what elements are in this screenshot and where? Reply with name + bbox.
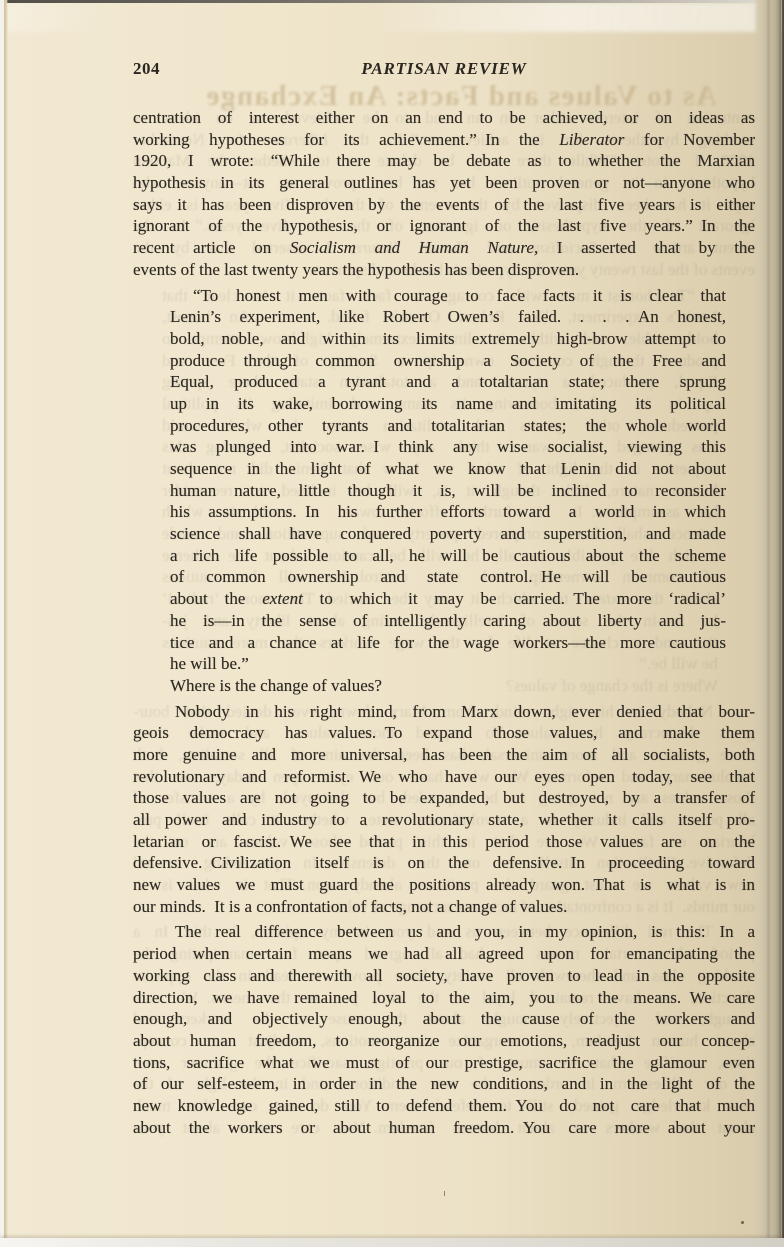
text-line: about the extent to which it may be carr… [170,588,726,610]
text-line: defensive. Civilization itself is on the… [133,852,755,874]
scan-speck [741,1221,744,1224]
text-line: of our self-esteem, in order in the new … [133,1073,755,1095]
text-line: period when certain means we had all agr… [133,943,755,965]
text-line: human nature, little though it is, will … [170,480,726,502]
text-line: was plunged into war. I think any wise s… [170,436,726,458]
text-line: tice and a chance at life for the wage w… [170,632,726,654]
text-line: enough, and objectively enough, about th… [133,1008,755,1030]
text-line: centration of interest either on an end … [133,107,755,129]
page-bottom-edge [0,1238,784,1247]
blockquote-paragraph: “To honest men with courage to face fact… [170,285,726,675]
text-line: working class and therewith all society,… [133,965,755,987]
text-line: ignorant of the hypothesis, or ignorant … [133,215,755,237]
text-line: of common ownership and state control. H… [170,566,726,588]
text-line: sequence in the light of what we know th… [170,458,726,480]
text-line: hypothesis in its general outlines has y… [133,172,755,194]
body-paragraph: The real difference between us and you, … [133,921,755,1138]
text-line: “To honest men with courage to face fact… [170,285,726,307]
blockquote-paragraph: Where is the change of values? [170,675,726,697]
text-line: new values we must guard the positions a… [133,874,755,896]
text-line: he is—in the sense of intelligently cari… [170,610,726,632]
text-line: working hypotheses for its achievement.”… [133,129,755,151]
page-left-edge-line [4,0,8,1247]
page-number: 204 [133,59,160,79]
text-line: all power and industry to a revolutionar… [133,809,755,831]
text-line: Where is the change of values? [170,675,726,697]
text-line: science shall have conquered poverty and… [170,523,726,545]
text-line: a rich life possible to all, he will be … [170,545,726,567]
page-right-gutter-edge [753,0,784,1247]
scan-speck [444,1191,445,1196]
text-line: direction, we have remained loyal to the… [133,987,755,1009]
text-line: his assumptions. In his further efforts … [170,501,726,523]
scanned-page-canvas: { "header": { "page_number": "204", "jou… [0,0,784,1247]
text-line: he will be.” [170,653,726,675]
text-line: revolutionary and reformist. We who have… [133,766,755,788]
text-line: tions, sacrifice what we must of our pre… [133,1052,755,1074]
text-line: The real difference between us and you, … [133,921,755,943]
text-line: those values are not going to be expande… [133,787,755,809]
text-line: about the workers or about human freedom… [133,1117,755,1139]
text-line: 1920, I wrote: “While there may be debat… [133,150,755,172]
text-line: recent article on Socialism and Human Na… [133,237,755,259]
text-line: produce through common ownership a Socie… [170,350,726,372]
page-body-text: centration of interest either on an end … [133,107,755,1138]
text-line: events of the last twenty years the hypo… [133,259,755,281]
text-line: Nobody in his right mind, from Marx down… [133,701,755,723]
text-line: new knowledge gained, still to defend th… [133,1095,755,1117]
text-line: Equal, produced a tyrant and a totaltari… [170,371,726,393]
text-line: more genuine and more universal, has bee… [133,744,755,766]
text-line: up in its wake, borrowing its name and i… [170,393,726,415]
text-line: letarian or fascist. We see that in this… [133,831,755,853]
body-paragraph: centration of interest either on an end … [133,107,755,281]
text-line: Lenin’s experiment, like Robert Owen’s f… [170,306,726,328]
running-header: 204 PARTISAN REVIEW [133,59,755,79]
text-line: about human freedom, to reorganize our e… [133,1030,755,1052]
text-line: bold, noble, and within its limits extre… [170,328,726,350]
page-top-edge [0,0,784,3]
text-line: geois democracy has values. To expand th… [133,722,755,744]
text-line: our minds. It is a confrontation of fact… [133,896,755,918]
text-line: procedures, other tyrants and totalitari… [170,415,726,437]
body-paragraph: Nobody in his right mind, from Marx down… [133,701,755,918]
journal-title: PARTISAN REVIEW [133,59,755,79]
text-line: says it has been disproven by the events… [133,194,755,216]
